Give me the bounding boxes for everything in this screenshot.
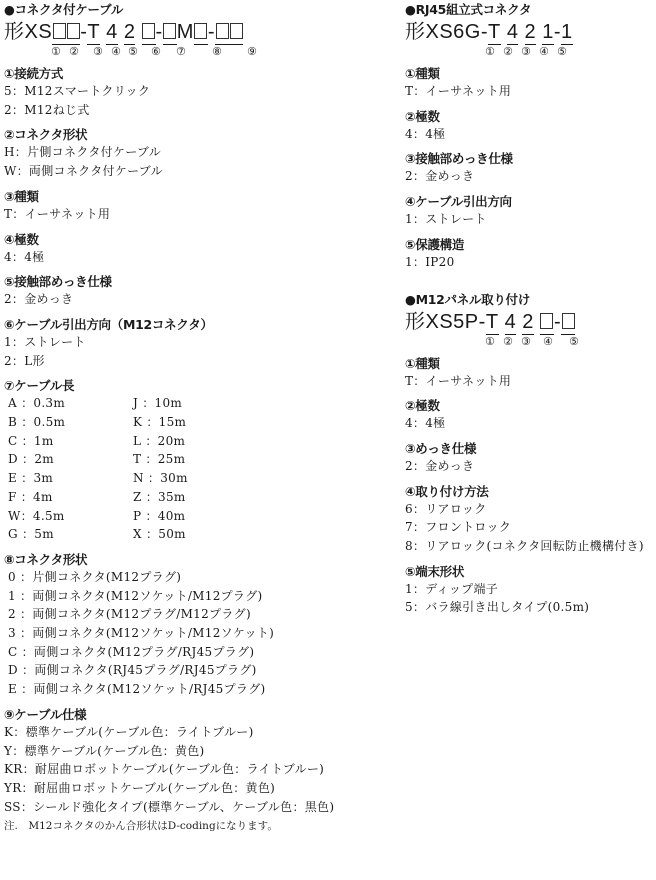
cable-length-grid: A ：0.3m J ：10m B ：0.5m K ：15m C ：1m L ：2… bbox=[4, 394, 384, 544]
code-slot-6 bbox=[142, 21, 156, 45]
length-option: Z ：35m bbox=[133, 488, 253, 507]
spec-title: ③接触部めっき仕様 bbox=[405, 150, 656, 167]
spec-title: ④取り付け方法 bbox=[405, 483, 656, 500]
code-slot-1: T bbox=[486, 311, 499, 335]
spec-option: 4：4極 bbox=[405, 414, 656, 433]
panel-spec-type: ①種類 T：イーサネット用 bbox=[405, 355, 656, 391]
pos-num: ③ bbox=[521, 335, 531, 348]
spec-option: YR：耐屈曲ロボットケーブル(ケーブル色：黄色) bbox=[4, 779, 384, 798]
spec-title: ⑤保護構造 bbox=[405, 236, 656, 253]
spec-option: 6：リアロック bbox=[405, 500, 656, 519]
model-prefix: 形XS6G- bbox=[405, 21, 488, 43]
spec-connector-shape: ②コネクタ形状 H：片側コネクタ付ケーブル W：両側コネクタ付ケーブル bbox=[4, 126, 384, 180]
spec-option: 1：ディップ端子 bbox=[405, 580, 656, 599]
spec-option: 7：フロントロック bbox=[405, 518, 656, 537]
spec-option: Y：標準ケーブル(ケーブル色：黄色) bbox=[4, 742, 384, 761]
spec-poles: ④極数 4：4極 bbox=[4, 231, 384, 267]
spec-option: W：両側コネクタ付ケーブル bbox=[4, 162, 384, 181]
spec-option: 1：ストレート bbox=[4, 333, 384, 352]
spec-option: 8：リアロック(コネクタ回転防止機構付き) bbox=[405, 537, 656, 556]
model-code-text: 形XS5P-T 4 2 - bbox=[405, 311, 656, 335]
spec-option: 2：金めっき bbox=[4, 290, 384, 309]
rj45-spec-cable-direction: ④ケーブル引出方向 1：ストレート bbox=[405, 193, 656, 229]
spec-title: ①接続方式 bbox=[4, 65, 384, 82]
code-slot-7 bbox=[163, 21, 177, 45]
length-option: L ：20m bbox=[133, 432, 253, 451]
code-slot-1-2 bbox=[52, 21, 80, 45]
model-code-xs-cable: 形XS-T 4 2 -M- ① ② ③ ④ ⑤ ⑥ ⑦ ⑧ ⑨ bbox=[4, 21, 384, 61]
spec-title: ③種類 bbox=[4, 188, 384, 205]
model-code-text: 形XS-T 4 2 -M- bbox=[4, 21, 384, 45]
pos-num: ⑧ bbox=[212, 45, 222, 58]
panel-spec-mounting: ④取り付け方法 6：リアロック 7：フロントロック 8：リアロック(コネクタ回転… bbox=[405, 483, 656, 556]
spec-option: 4：4極 bbox=[4, 248, 384, 267]
rj45-spec-poles: ②極数 4：4極 bbox=[405, 108, 656, 144]
code-slot-2: 4 bbox=[505, 311, 517, 335]
cable-with-connector-column: ●コネクタ付ケーブル 形XS-T 4 2 -M- ① ② ③ ④ ⑤ ⑥ ⑦ ⑧… bbox=[4, 0, 384, 834]
code-slot-3: T bbox=[87, 21, 100, 45]
code-slot-3: 2 bbox=[525, 21, 537, 45]
pos-num: ⑤ bbox=[557, 45, 567, 58]
spec-option: T：イーサネット用 bbox=[4, 205, 384, 224]
spec-title: ①種類 bbox=[405, 65, 656, 82]
pos-num: ④ bbox=[543, 335, 553, 348]
model-prefix: 形XS bbox=[4, 21, 52, 43]
model-code-text: 形XS6G-T 4 2 1-1 bbox=[405, 21, 656, 45]
spec-option: 1：IP20 bbox=[405, 253, 656, 272]
pos-num: ⑥ bbox=[151, 45, 161, 58]
length-option: F ：4m bbox=[8, 488, 133, 507]
code-dash: - bbox=[554, 21, 561, 43]
panel-spec-plating: ③めっき仕様 2：金めっき bbox=[405, 440, 656, 476]
spec-title: ②極数 bbox=[405, 397, 656, 414]
code-slot-2: 4 bbox=[507, 21, 519, 45]
pos-num: ① bbox=[485, 335, 495, 348]
length-option: X ：50m bbox=[133, 525, 253, 544]
code-slot-4: 1 bbox=[542, 21, 554, 45]
pos-num: ④ bbox=[539, 45, 549, 58]
spec-title: ⑦ケーブル長 bbox=[4, 377, 384, 394]
code-slot-5 bbox=[561, 311, 575, 335]
spec-option: 1：ストレート bbox=[405, 210, 656, 229]
code-slot-5: 1 bbox=[561, 21, 573, 45]
code-slot-1: T bbox=[488, 21, 501, 45]
length-option: G ：5m bbox=[8, 525, 133, 544]
model-code-xs6g: 形XS6G-T 4 2 1-1 ① ② ③ ④ ⑤ bbox=[405, 21, 656, 61]
spec-type: ③種類 T：イーサネット用 bbox=[4, 188, 384, 224]
pos-num: ③ bbox=[521, 45, 531, 58]
pos-num: ② bbox=[69, 45, 79, 58]
spec-connector-form: ⑧コネクタ形状 0 ：片側コネクタ(M12プラグ) 1 ：両側コネクタ(M12ソ… bbox=[4, 551, 384, 699]
pos-num: ⑤ bbox=[569, 335, 579, 348]
code-slot-5: 2 bbox=[124, 21, 136, 45]
rj45-and-panel-column: ●RJ45組立式コネクタ 形XS6G-T 4 2 1-1 ① ② ③ ④ ⑤ ①… bbox=[405, 0, 656, 617]
pos-num: ⑦ bbox=[176, 45, 186, 58]
spec-title: ⑤端末形状 bbox=[405, 563, 656, 580]
spec-title: ②コネクタ形状 bbox=[4, 126, 384, 143]
spec-title: ⑥ケーブル引出方向（M12コネクタ） bbox=[4, 316, 384, 333]
length-option: B ：0.5m bbox=[8, 413, 133, 432]
spec-cable-spec: ⑨ケーブル仕様 K：標準ケーブル(ケーブル色：ライトブルー) Y：標準ケーブル(… bbox=[4, 706, 384, 817]
section-heading-rj45-connector: ●RJ45組立式コネクタ bbox=[405, 2, 656, 18]
spec-title: ⑨ケーブル仕様 bbox=[4, 706, 384, 723]
spec-option: T：イーサネット用 bbox=[405, 372, 656, 391]
model-code-xs5p: 形XS5P-T 4 2 - ① ② ③ ④ ⑤ bbox=[405, 311, 656, 351]
pos-num: ② bbox=[503, 335, 513, 348]
length-option: E ：3m bbox=[8, 469, 133, 488]
spec-title: ④ケーブル引出方向 bbox=[405, 193, 656, 210]
spec-option: SS：シールド強化タイプ(標準ケーブル、ケーブル色：黒色) bbox=[4, 798, 384, 817]
spec-option: 2：L形 bbox=[4, 352, 384, 371]
pos-num: ③ bbox=[93, 45, 103, 58]
spec-option: 2：金めっき bbox=[405, 167, 656, 186]
code-slot-8 bbox=[194, 21, 208, 45]
spec-option: 2：M12ねじ式 bbox=[4, 101, 384, 120]
panel-spec-terminal: ⑤端末形状 1：ディップ端子 5：バラ線引き出しタイプ(0.5m) bbox=[405, 563, 656, 617]
pos-num: ⑨ bbox=[247, 45, 257, 58]
length-option: P ：40m bbox=[133, 507, 253, 526]
code-slot-3: 2 bbox=[522, 311, 534, 335]
spec-title: ④極数 bbox=[4, 231, 384, 248]
spec-title: ⑤接触部めっき仕様 bbox=[4, 273, 384, 290]
pos-num: ① bbox=[51, 45, 61, 58]
length-option: N ：30m bbox=[133, 469, 253, 488]
pos-num: ④ bbox=[111, 45, 121, 58]
pos-num: ① bbox=[485, 45, 495, 58]
model-prefix: 形XS5P- bbox=[405, 311, 486, 333]
footnote: 注. M12コネクタのかん合形状はD-codingになります。 bbox=[4, 818, 384, 834]
length-option: T ：25m bbox=[133, 450, 253, 469]
rj45-spec-protection: ⑤保護構造 1：IP20 bbox=[405, 236, 656, 272]
spec-option: 5：M12スマートクリック bbox=[4, 82, 384, 101]
rj45-spec-type: ①種類 T：イーサネット用 bbox=[405, 65, 656, 101]
spec-connection-method: ①接続方式 5：M12スマートクリック 2：M12ねじ式 bbox=[4, 65, 384, 119]
spec-title: ②極数 bbox=[405, 108, 656, 125]
spec-option: 0 ：片側コネクタ(M12プラグ) bbox=[4, 568, 384, 587]
spec-option: 3 ：両側コネクタ(M12ソケット/M12ソケット) bbox=[4, 624, 384, 643]
spec-option: H：片側コネクタ付ケーブル bbox=[4, 143, 384, 162]
spec-title: ①種類 bbox=[405, 355, 656, 372]
code-slot-9 bbox=[215, 21, 243, 45]
rj45-spec-plating: ③接触部めっき仕様 2：金めっき bbox=[405, 150, 656, 186]
spec-option: 1 ：両側コネクタ(M12ソケット/M12プラグ) bbox=[4, 587, 384, 606]
length-option: J ：10m bbox=[133, 394, 253, 413]
spec-option: E ：両側コネクタ(M12ソケット/RJ45プラグ) bbox=[4, 680, 384, 699]
code-slot-4: 4 bbox=[106, 21, 118, 45]
spec-cable-direction: ⑥ケーブル引出方向（M12コネクタ） 1：ストレート 2：L形 bbox=[4, 316, 384, 370]
spec-option: 2 ：両側コネクタ(M12プラグ/M12プラグ) bbox=[4, 605, 384, 624]
length-option: A ：0.3m bbox=[8, 394, 133, 413]
length-option: K ：15m bbox=[133, 413, 253, 432]
code-fixed-m: M bbox=[177, 21, 194, 43]
panel-spec-poles: ②極数 4：4極 bbox=[405, 397, 656, 433]
spec-option: D ：両側コネクタ(RJ45プラグ/RJ45プラグ) bbox=[4, 661, 384, 680]
spec-option: KR：耐屈曲ロボットケーブル(ケーブル色：ライトブルー) bbox=[4, 760, 384, 779]
spec-option: 2：金めっき bbox=[405, 457, 656, 476]
spec-option: T：イーサネット用 bbox=[405, 82, 656, 101]
code-slot-4 bbox=[540, 311, 554, 335]
section-heading-cable-with-connector: ●コネクタ付ケーブル bbox=[4, 2, 384, 18]
length-option: D ：2m bbox=[8, 450, 133, 469]
length-option: C ：1m bbox=[8, 432, 133, 451]
length-option: W：4.5m bbox=[8, 507, 133, 526]
section-heading-m12-panel: ●M12パネル取り付け bbox=[405, 292, 656, 308]
spec-option: 5：バラ線引き出しタイプ(0.5m) bbox=[405, 598, 656, 617]
spec-option: 4：4極 bbox=[405, 125, 656, 144]
spec-title: ⑧コネクタ形状 bbox=[4, 551, 384, 568]
spec-cable-length: ⑦ケーブル長 A ：0.3m J ：10m B ：0.5m K ：15m C ：… bbox=[4, 377, 384, 544]
spec-option: K：標準ケーブル(ケーブル色：ライトブルー) bbox=[4, 723, 384, 742]
spec-plating: ⑤接触部めっき仕様 2：金めっき bbox=[4, 273, 384, 309]
code-dash: - bbox=[554, 311, 561, 333]
spec-title: ③めっき仕様 bbox=[405, 440, 656, 457]
pos-num: ⑤ bbox=[128, 45, 138, 58]
spec-option: C ：両側コネクタ(M12プラグ/RJ45プラグ) bbox=[4, 643, 384, 662]
pos-num: ② bbox=[503, 45, 513, 58]
